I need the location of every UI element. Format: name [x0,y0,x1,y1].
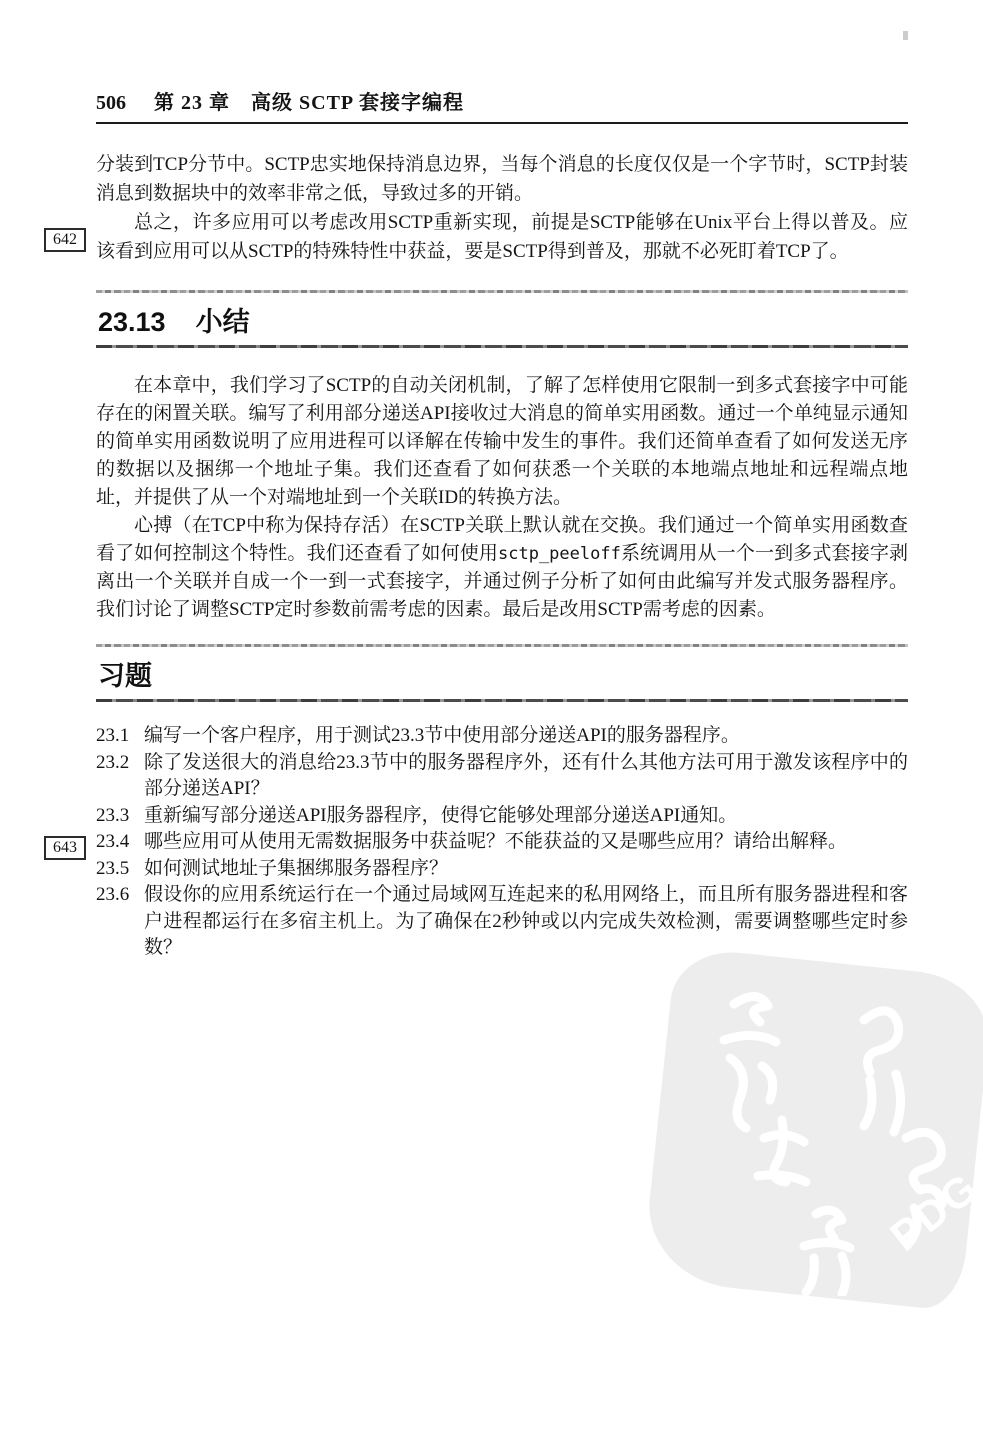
running-header: 506 第 23 章 高级 SCTP 套接字编程 [96,86,908,124]
exercises-divider-texture [96,644,908,647]
exercises-heading: 习题 [98,654,908,693]
exercise-item: 23.5 如何测试地址子集捆绑服务器程序？ [96,856,908,883]
section-title: 小结 [196,300,250,339]
exercise-text: 除了发送很大的消息给23.3节中的服务器程序外，还有什么其他方法可用于激发该程序… [144,750,908,803]
intro-section: 分装到TCP分节中。SCTP忠实地保持消息边界，当每个消息的长度仅仅是一个字节时… [96,150,908,266]
scan-artifact [903,31,908,40]
exercise-number: 23.5 [96,856,144,883]
exercise-text: 重新编写部分递送API服务器程序，使得它能够处理部分递送API通知。 [144,803,908,830]
summary-paragraph-2: 心搏（在TCP中称为保持存活）在SCTP关联上默认就在交换。我们通过一个简单实用… [96,512,908,624]
exercise-number: 23.2 [96,750,144,803]
exercise-number: 23.4 [96,829,144,856]
exercise-number: 23.1 [96,723,144,750]
chapter-title: 第 23 章 高级 SCTP 套接字编程 [154,86,464,115]
exercise-item: 23.4 哪些应用可从使用无需数据服务中获益呢？不能获益的又是哪些应用？请给出解… [96,829,908,856]
exercise-number: 23.6 [96,882,144,962]
exercises-title: 习题 [98,654,152,693]
exercise-text: 编写一个客户程序，用于测试23.3节中使用部分递送API的服务器程序。 [144,723,908,750]
intro-paragraph-2: 总之，许多应用可以考虑改用SCTP重新实现，前提是SCTP能够在Unix平台上得… [96,208,908,266]
summary-section: 在本章中，我们学习了SCTP的自动关闭机制，了解了怎样使用它限制一到多式套接字中… [96,372,908,624]
page-number: 506 [96,92,126,115]
exercise-item: 23.2 除了发送很大的消息给23.3节中的服务器程序外，还有什么其他方法可用于… [96,750,908,803]
heading-underline [96,345,908,348]
exercise-item: 23.3 重新编写部分递送API服务器程序，使得它能够处理部分递送API通知。 [96,803,908,830]
summary-section-heading: 23.13 小结 [98,300,908,339]
exercise-number: 23.3 [96,803,144,830]
exercise-text: 哪些应用可从使用无需数据服务中获益呢？不能获益的又是哪些应用？请给出解释。 [144,829,908,856]
exercise-text: 假设你的应用系统运行在一个通过局域网互连起来的私用网络上，而且所有服务器进程和客… [144,882,908,962]
sctp-peeloff-code: sctp_peeloff [498,544,621,564]
margin-page-marker-643: 643 [44,836,86,860]
book-page: 642 643 506 第 23 章 高级 SCTP 套接字编程 分装到TCP分… [0,0,983,1447]
page-content: 506 第 23 章 高级 SCTP 套接字编程 分装到TCP分节中。SCTP忠… [96,86,908,962]
exercises-list: 23.1 编写一个客户程序，用于测试23.3节中使用部分递送API的服务器程序。… [96,723,908,962]
watermark-seal: PDG [658,962,978,1296]
exercise-item: 23.1 编写一个客户程序，用于测试23.3节中使用部分递送API的服务器程序。 [96,723,908,750]
section-number: 23.13 [98,307,166,338]
section-divider-texture [96,290,908,293]
exercise-text: 如何测试地址子集捆绑服务器程序？ [144,856,908,883]
summary-paragraph-1: 在本章中，我们学习了SCTP的自动关闭机制，了解了怎样使用它限制一到多式套接字中… [96,372,908,512]
margin-page-marker-642: 642 [44,228,86,252]
intro-paragraph-1: 分装到TCP分节中。SCTP忠实地保持消息边界，当每个消息的长度仅仅是一个字节时… [96,150,908,208]
exercise-item: 23.6 假设你的应用系统运行在一个通过局域网互连起来的私用网络上，而且所有服务… [96,882,908,962]
exercises-underline [96,699,908,702]
